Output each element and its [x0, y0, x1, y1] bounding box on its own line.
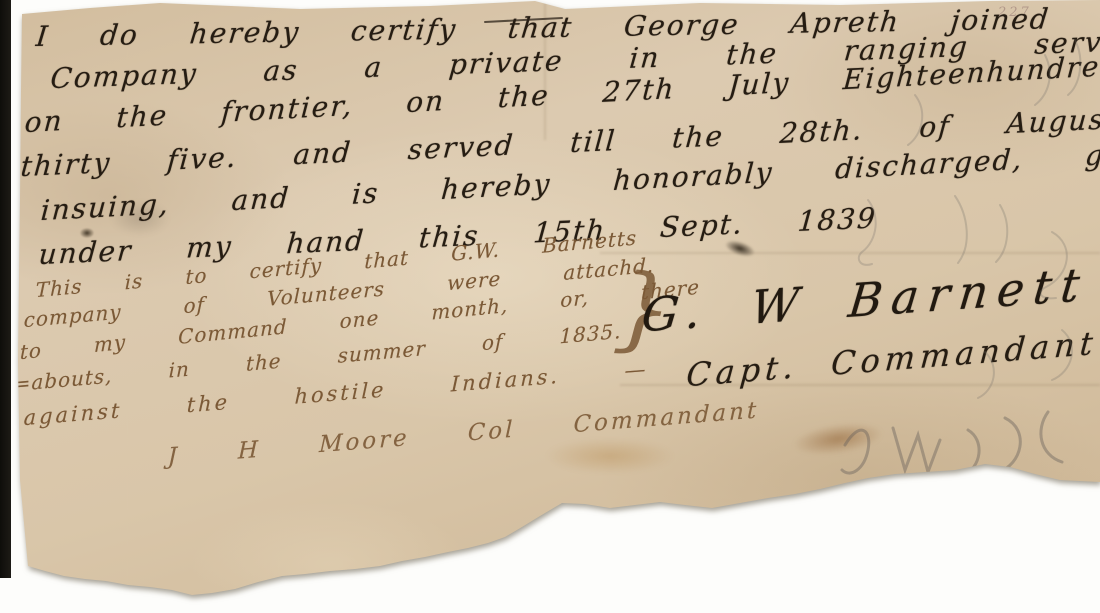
paper-shadow: 227 I do hereby certify that George Apre… — [0, 0, 1100, 613]
document-scan: 227 I do hereby certify that George Apre… — [0, 0, 1100, 613]
stain-brown — [790, 418, 885, 461]
paper-fragment: 227 I do hereby certify that George Apre… — [0, 0, 1100, 613]
crease-horizontal-upper — [600, 252, 1100, 254]
stain-faint — [545, 438, 675, 474]
